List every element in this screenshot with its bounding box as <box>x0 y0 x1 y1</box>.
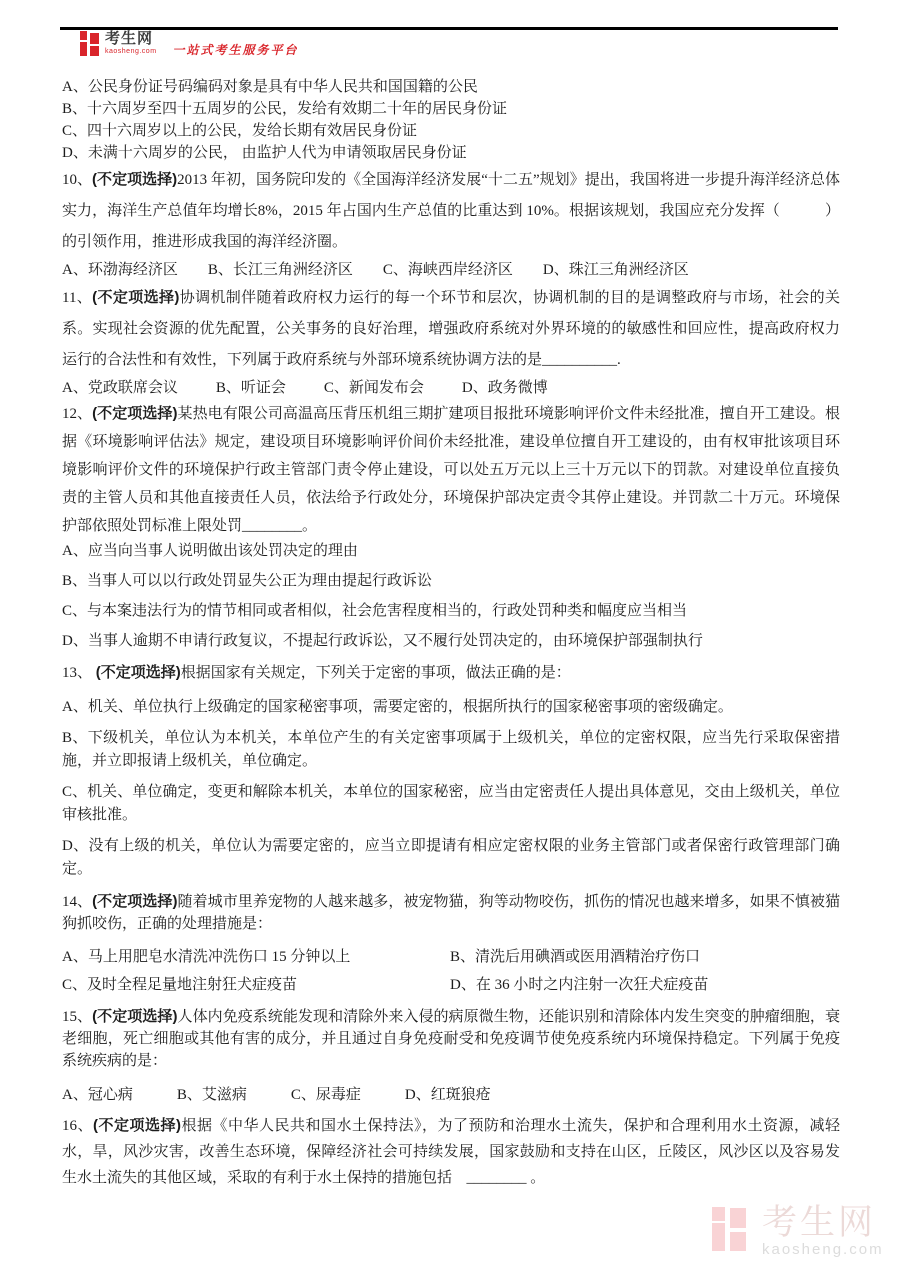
option-item: D、在 36 小时之内注射一次狂犬症疫苗 <box>450 973 708 997</box>
exam-document-page: 考生网 kaosheng.com 一站式考生服务平台 A、公民身份证号码编码对象… <box>0 0 900 1273</box>
option-item: D、没有上级的机关，单位认为需要定密的，应当立即提请有相应定密权限的业务主管部门… <box>62 835 840 881</box>
kaosheng-logo-icon <box>712 1205 748 1251</box>
brand-name: 考生网 <box>105 31 157 46</box>
question-stem-text: 某热电有限公司高温高压背压机组三期扩建项目报批环境影响评价文件未经批准，擅自开工… <box>62 406 840 534</box>
exam-content: A、公民身份证号码编码对象是具有中华人民共和国国籍的公民 B、十六周岁至四十五周… <box>62 70 840 1191</box>
question-number: 10、 <box>62 172 92 188</box>
question-15: 15、(不定项选择)人体内免疫系统能发现和清除外来入侵的病原微生物，还能识别和清… <box>62 1006 840 1107</box>
option-item: D、未满十六周岁的公民， 由监护人代为申请领取居民身份证 <box>62 142 840 164</box>
question-stem: 11、(不定项选择)协调机制伴随着政府权力运行的每一个环节和层次，协调机制的目的… <box>62 282 840 376</box>
question-number: 15、 <box>62 1009 92 1025</box>
question-stem: 16、(不定项选择)根据《中华人民共和国水土保持法》，为了预防和治理水土流失，保… <box>62 1113 840 1191</box>
question-options: A、党政联席会议B、听证会C、新闻发布会D、政务微博 <box>62 376 840 400</box>
question-11: 11、(不定项选择)协调机制伴随着政府权力运行的每一个环节和层次，协调机制的目的… <box>62 282 840 400</box>
option-item: B、长江三角洲经济区 <box>208 262 353 278</box>
option-item: D、政务微博 <box>462 380 548 396</box>
question-12: 12、(不定项选择)某热电有限公司高温高压背压机组三期扩建项目报批环境影响评价文… <box>62 400 840 653</box>
question-type-label: (不定项选择) <box>92 893 177 910</box>
question-type-label: (不定项选择) <box>92 289 179 306</box>
question-stem: 13、 (不定项选择)根据国家有关规定，下列关于定密的事项，做法正确的是： <box>62 661 840 685</box>
option-item: A、马上用肥皂水清洗冲洗伤口 15 分钟以上 <box>62 945 450 969</box>
option-item: C、及时全程足量地注射狂犬症疫苗 <box>62 973 450 997</box>
watermark-brand-name: 考生网 <box>762 1205 884 1240</box>
question-stem-text: 人体内免疫系统能发现和清除外来入侵的病原微生物，还能识别和清除体内发生突变的肿瘤… <box>62 1009 840 1069</box>
question-stem: 12、(不定项选择)某热电有限公司高温高压背压机组三期扩建项目报批环境影响评价文… <box>62 400 840 540</box>
question-10: 10、(不定项选择)2013 年初，国务院印发的《全国海洋经济发展“十二五”规划… <box>62 164 840 282</box>
question-14: 14、(不定项选择)随着城市里养宠物的人越来越多，被宠物猫，狗等动物咬伤，抓伤的… <box>62 891 840 997</box>
option-item: D、红斑狼疮 <box>405 1087 491 1103</box>
question-stem-text: 随着城市里养宠物的人越来越多，被宠物猫，狗等动物咬伤，抓伤的情况也越来增多，如果… <box>62 894 840 932</box>
question-stem-text: 2013 年初，国务院印发的《全国海洋经济发展“十二五”规划》提出，我国将进一步… <box>62 172 840 250</box>
question-number: 14、 <box>62 894 92 910</box>
option-item: C、新闻发布会 <box>324 380 424 396</box>
brand-tagline: 一站式考生服务平台 <box>173 41 299 58</box>
option-item: B、十六周岁至四十五周岁的公民，发给有效期二十年的居民身份证 <box>62 98 840 120</box>
option-item: B、听证会 <box>216 380 286 396</box>
header-divider <box>60 27 838 30</box>
question-type-label: (不定项选择) <box>93 1117 181 1134</box>
option-item: C、尿毒症 <box>291 1087 361 1103</box>
question-number: 12、 <box>62 406 92 422</box>
option-item: A、冠心病 <box>62 1087 133 1103</box>
brand-domain: kaosheng.com <box>105 48 157 55</box>
question-number: 11、 <box>62 290 92 306</box>
option-item: B、清洗后用碘酒或医用酒精治疗伤口 <box>450 945 700 969</box>
kaosheng-logo-icon <box>80 31 99 56</box>
question-options: A、环渤海经济区B、长江三角洲经济区C、海峡西岸经济区D、珠江三角洲经济区 <box>62 258 840 282</box>
option-item: D、当事人逾期不申请行政复议，不提起行政诉讼，又不履行处罚决定的，由环境保护部强… <box>62 630 840 653</box>
options-row: A、马上用肥皂水清洗冲洗伤口 15 分钟以上 B、清洗后用碘酒或医用酒精治疗伤口 <box>62 945 840 969</box>
question-stem: 10、(不定项选择)2013 年初，国务院印发的《全国海洋经济发展“十二五”规划… <box>62 164 840 258</box>
option-item: B、当事人可以以行政处罚显失公正为理由提起行政诉讼 <box>62 570 840 593</box>
question-stem: 15、(不定项选择)人体内免疫系统能发现和清除外来入侵的病原微生物，还能识别和清… <box>62 1006 840 1072</box>
question-number: 13、 <box>62 665 96 681</box>
question-type-label: (不定项选择) <box>96 664 181 681</box>
watermark-brand-domain: kaosheng.com <box>762 1242 884 1257</box>
brand-logo: 考生网 kaosheng.com 一站式考生服务平台 <box>80 31 299 58</box>
watermark: 考生网 kaosheng.com <box>712 1205 884 1257</box>
question-stem: 14、(不定项选择)随着城市里养宠物的人越来越多，被宠物猫，狗等动物咬伤，抓伤的… <box>62 891 840 935</box>
question-options: A、机关、单位执行上级确定的国家秘密事项，需要定密的，根据所执行的国家秘密事项的… <box>62 696 840 881</box>
question-9-options: A、公民身份证号码编码对象是具有中华人民共和国国籍的公民 B、十六周岁至四十五周… <box>62 70 840 164</box>
option-item: A、环渤海经济区 <box>62 262 178 278</box>
option-item: B、艾滋病 <box>177 1087 247 1103</box>
option-item: A、公民身份证号码编码对象是具有中华人民共和国国籍的公民 <box>62 76 840 98</box>
question-type-label: (不定项选择) <box>92 1008 177 1025</box>
option-item: A、党政联席会议 <box>62 380 178 396</box>
question-16: 16、(不定项选择)根据《中华人民共和国水土保持法》，为了预防和治理水土流失，保… <box>62 1113 840 1191</box>
option-item: B、下级机关，单位认为本机关，本单位产生的有关定密事项属于上级机关，单位的定密权… <box>62 727 840 773</box>
option-item: A、应当向当事人说明做出该处罚决定的理由 <box>62 540 840 563</box>
question-number: 16、 <box>62 1118 93 1134</box>
option-item: C、四十六周岁以上的公民，发给长期有效居民身份证 <box>62 120 840 142</box>
question-options: A、马上用肥皂水清洗冲洗伤口 15 分钟以上 B、清洗后用碘酒或医用酒精治疗伤口… <box>62 945 840 997</box>
question-type-label: (不定项选择) <box>92 171 177 188</box>
question-options: A、冠心病B、艾滋病C、尿毒症D、红斑狼疮 <box>62 1083 840 1107</box>
option-item: D、珠江三角洲经济区 <box>543 262 689 278</box>
option-item: C、海峡西岸经济区 <box>383 262 513 278</box>
question-stem-text: 根据国家有关规定，下列关于定密的事项，做法正确的是： <box>181 665 571 681</box>
options-row: C、及时全程足量地注射狂犬症疫苗 D、在 36 小时之内注射一次狂犬症疫苗 <box>62 973 840 997</box>
question-type-label: (不定项选择) <box>92 405 177 422</box>
option-item: C、机关、单位确定，变更和解除本机关，本单位的国家秘密，应当由定密责任人提出具体… <box>62 781 840 827</box>
option-item: A、机关、单位执行上级确定的国家秘密事项，需要定密的，根据所执行的国家秘密事项的… <box>62 696 840 719</box>
question-options: A、应当向当事人说明做出该处罚决定的理由 B、当事人可以以行政处罚显失公正为理由… <box>62 540 840 653</box>
option-item: C、与本案违法行为的情节相同或者相似，社会危害程度相当的，行政处罚种类和幅度应当… <box>62 600 840 623</box>
question-stem-text: 协调机制伴随着政府权力运行的每一个环节和层次，协调机制的目的是调整政府与市场，社… <box>62 290 840 368</box>
question-13: 13、 (不定项选择)根据国家有关规定，下列关于定密的事项，做法正确的是： A、… <box>62 661 840 881</box>
